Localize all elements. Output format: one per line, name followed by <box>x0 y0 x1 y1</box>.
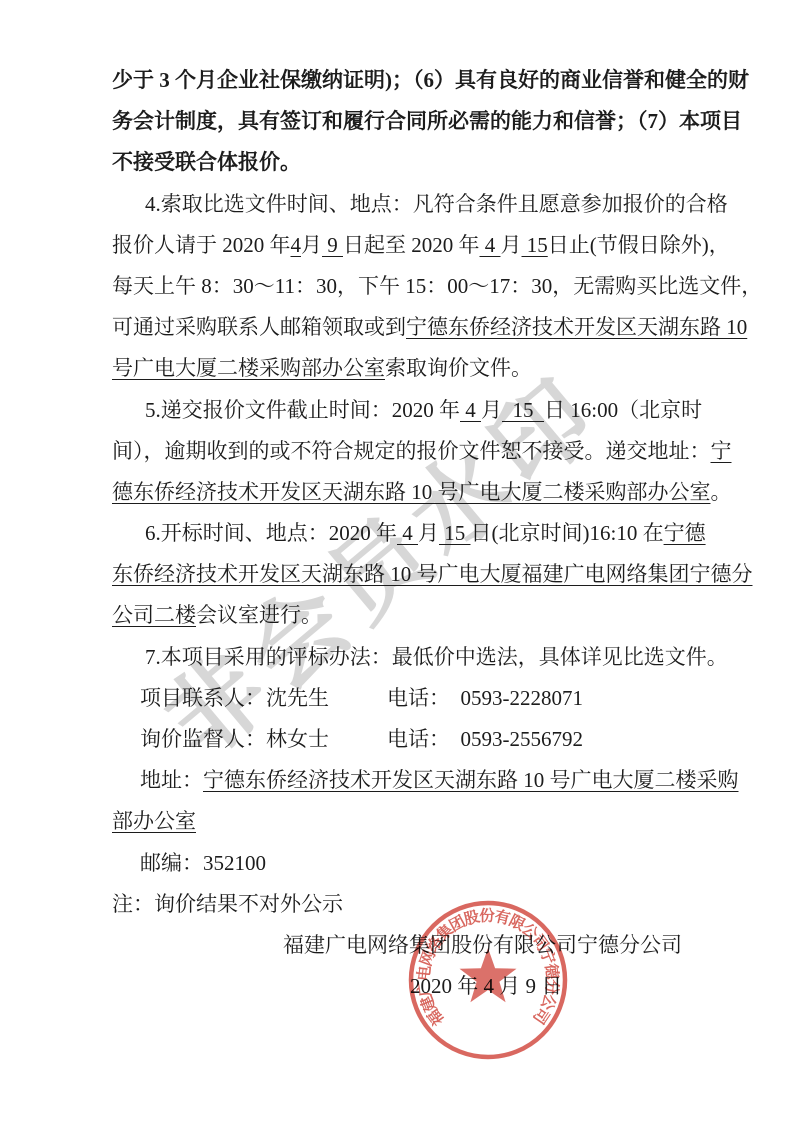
doc-text-underlined: 4 <box>291 233 302 257</box>
doc-line: 每天上午 8：30～11：30，下午 15：00～17：30，无需购买比选文件， <box>112 266 732 307</box>
doc-line: 少于 3 个月企业社保缴纳证明)；（6）具有良好的商业信誉和健全的财 <box>112 60 732 101</box>
doc-text: 4.索取比选文件时间、地点：凡符合条件且愿意参加报价的合格 <box>145 192 728 216</box>
doc-line: 公司二楼会议室进行。 <box>112 595 732 636</box>
doc-text-underlined: 部办公室 <box>112 809 196 833</box>
doc-line: 部办公室 <box>112 801 732 842</box>
doc-text-underlined: 4 <box>460 398 481 422</box>
doc-text: 5.递交报价文件截止时间：2020 年 <box>145 398 460 422</box>
doc-text-underlined: 9 <box>322 233 343 257</box>
document-page: 非会员水印 少于 3 个月企业社保缴纳证明)；（6）具有良好的商业信誉和健全的财… <box>0 0 793 1121</box>
doc-text: 每天上午 8：30～11：30，下午 15：00～17：30，无需购买比选文件， <box>112 274 762 298</box>
doc-line: 不接受联合体报价。 <box>112 142 732 183</box>
doc-text: 。 <box>711 480 732 504</box>
official-seal-stamp: 福建广电网络集团股份有限公司宁德分公司 <box>402 894 574 1066</box>
doc-line: 报价人请于 2020 年4月 9 日起至 2020 年 4 月 15日止(节假日… <box>112 225 732 266</box>
doc-text: 地址： <box>140 768 203 792</box>
doc-text: 项目联系人：沈先生 <box>140 686 329 710</box>
doc-text: 间），逾期收到的或不符合规定的报价文件恕不接受。递交地址： <box>112 439 711 463</box>
doc-line: 地址：宁德东侨经济技术开发区天湖东路 10 号广电大厦二楼采购 <box>112 760 732 801</box>
doc-text-underlined: 4 <box>480 233 501 257</box>
doc-text-underlined: 宁 <box>711 439 732 463</box>
doc-text: 日 16:00（北京时 <box>544 398 702 422</box>
doc-text-underlined: 东侨经济技术开发区天湖东路 10 号广电大厦福建广电网络集团宁德分 <box>112 562 753 586</box>
doc-line: 6.开标时间、地点：2020 年 4 月 15 日(北京时间)16:10 在宁德 <box>112 513 732 554</box>
doc-text: 询价监督人：林女士 <box>140 727 329 751</box>
doc-line: 务会计制度，具有签订和履行合同所必需的能力和信誉；（7）本项目 <box>112 101 732 142</box>
doc-text: 少于 3 个月企业社保缴纳证明)；（6）具有良好的商业信誉和健全的财 <box>112 68 749 92</box>
doc-text: 邮编：352100 <box>140 851 266 875</box>
doc-line: 询价监督人：林女士电话： 0593-2556792 <box>112 719 732 760</box>
doc-text: 会议室进行。 <box>196 603 322 627</box>
doc-text: 月 <box>301 233 322 257</box>
doc-line: 邮编：352100 <box>112 843 732 884</box>
doc-text: 月 <box>418 521 439 545</box>
doc-text-underlined: 号广电大厦二楼采购部办公室 <box>112 356 385 380</box>
doc-text-underlined: 15 <box>522 233 548 257</box>
doc-text: 报价人请于 2020 年 <box>112 233 291 257</box>
doc-text: 6.开标时间、地点：2020 年 <box>145 521 397 545</box>
doc-line: 东侨经济技术开发区天湖东路 10 号广电大厦福建广电网络集团宁德分 <box>112 554 732 595</box>
doc-line: 可通过采购联系人邮箱领取或到宁德东侨经济技术开发区天湖东路 10 <box>112 307 732 348</box>
doc-text: 日止(节假日除外)， <box>548 233 730 257</box>
doc-text: 电话： 0593-2228071 <box>387 678 583 719</box>
doc-text: 可通过采购联系人邮箱领取或到 <box>112 315 406 339</box>
doc-text: 月 <box>501 233 522 257</box>
doc-text-underlined: 公司二楼 <box>112 603 196 627</box>
doc-body: 少于 3 个月企业社保缴纳证明)；（6）具有良好的商业信誉和健全的财务会计制度，… <box>112 60 732 1007</box>
doc-text: 注：询价结果不对外公示 <box>112 892 343 916</box>
doc-text-underlined: 宁德东侨经济技术开发区天湖东路 10 号广电大厦二楼采购 <box>203 768 739 792</box>
doc-line: 间），逾期收到的或不符合规定的报价文件恕不接受。递交地址：宁 <box>112 431 732 472</box>
doc-text: 务会计制度，具有签订和履行合同所必需的能力和信誉；（7）本项目 <box>112 109 742 133</box>
seal-star-icon <box>460 948 517 1002</box>
doc-text: 索取询价文件。 <box>385 356 532 380</box>
doc-text: 7.本项目采用的评标办法：最低价中选法，具体详见比选文件。 <box>145 645 728 669</box>
doc-text-underlined: 4 <box>397 521 418 545</box>
doc-line: 5.递交报价文件截止时间：2020 年 4 月 15 日 16:00（北京时 <box>112 390 732 431</box>
doc-text: 日(北京时间)16:10 在 <box>471 521 664 545</box>
doc-text: 电话： 0593-2556792 <box>387 719 583 760</box>
doc-text-underlined: 15 <box>502 398 544 422</box>
doc-text: 不接受联合体报价。 <box>112 150 301 174</box>
doc-line: 号广电大厦二楼采购部办公室索取询价文件。 <box>112 348 732 389</box>
doc-text: 月 <box>481 398 502 422</box>
doc-text-underlined: 宁德东侨经济技术开发区天湖东路 10 <box>406 315 747 339</box>
doc-line: 德东侨经济技术开发区天湖东路 10 号广电大厦二楼采购部办公室。 <box>112 472 732 513</box>
doc-line: 4.索取比选文件时间、地点：凡符合条件且愿意参加报价的合格 <box>112 184 732 225</box>
doc-text-underlined: 15 <box>439 521 471 545</box>
doc-text-underlined: 德东侨经济技术开发区天湖东路 10 号广电大厦二楼采购部办公室 <box>112 480 711 504</box>
doc-text: 日起至 2020 年 <box>343 233 480 257</box>
doc-line: 7.本项目采用的评标办法：最低价中选法，具体详见比选文件。 <box>112 637 732 678</box>
doc-text-underlined: 宁德 <box>664 521 706 545</box>
doc-line: 项目联系人：沈先生电话： 0593-2228071 <box>112 678 732 719</box>
